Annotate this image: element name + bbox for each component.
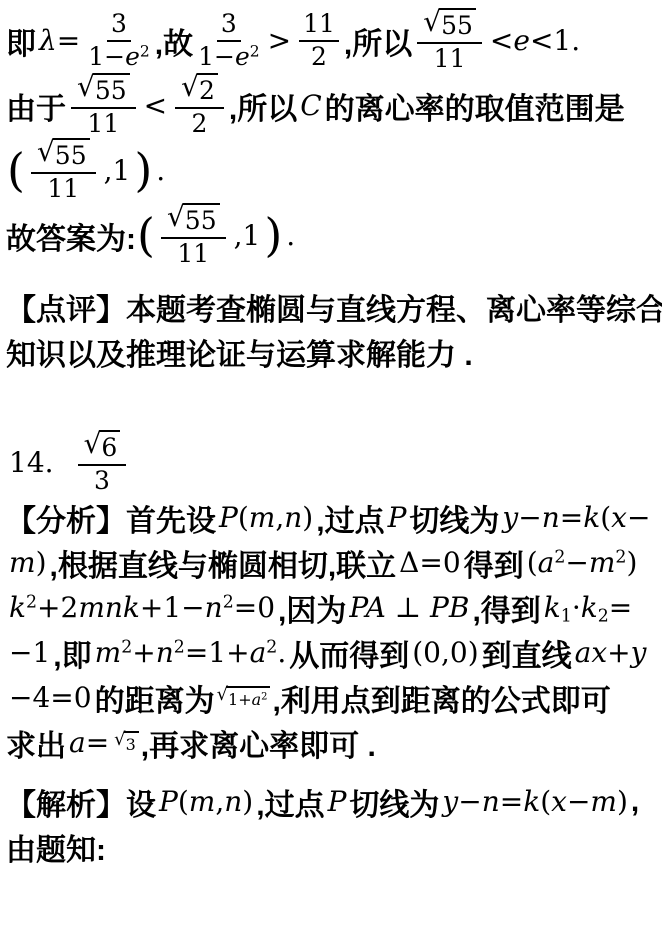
fraction-denominator: 1−e2: [88, 42, 150, 71]
math-variable: e: [125, 42, 140, 71]
math-text: Δ=0: [399, 546, 461, 579]
superscript: 2: [261, 692, 267, 703]
fraction: √5511: [161, 203, 226, 268]
big-parenthesis: ): [134, 151, 152, 190]
chinese-text: 由于: [6, 84, 66, 128]
math-variable: x: [611, 501, 627, 534]
chinese-text: 【解析】设: [6, 780, 156, 824]
math-variable: a: [538, 546, 555, 579]
square-root: √1+a2: [217, 686, 271, 709]
chinese-text: ,: [631, 785, 639, 819]
line-analysis-2: m),根据直线与椭圆相切,联立Δ=0得到(a2−m2): [6, 540, 660, 585]
math-variable: k: [9, 591, 26, 624]
chinese-text: 求出: [6, 721, 66, 765]
line-solution-1: 【解析】设P(m,n),过点P切线为y−n=k(x−m),: [6, 779, 660, 824]
math-variable: m: [9, 546, 36, 579]
math-variable: n: [284, 501, 302, 534]
chinese-text: ,再求离心率即可 .: [141, 721, 376, 765]
math-variable: λ: [39, 24, 57, 57]
radicand: 6: [99, 430, 120, 462]
chinese-text: ,过点: [316, 496, 384, 540]
fraction-denominator: 11: [47, 174, 79, 203]
math-text: (0,0): [412, 636, 478, 669]
fraction-denominator: 2: [311, 42, 327, 71]
math-text: <: [144, 89, 167, 122]
line-eccentricity-range-intro: 由于√5511<√22,所以C的离心率的取值范围是: [6, 73, 660, 138]
math-text: 2: [192, 109, 208, 138]
square-root: √3: [114, 731, 139, 754]
math-text: ax+y: [575, 636, 647, 669]
subscript: 1: [561, 606, 572, 626]
math-variable: k: [523, 785, 540, 818]
fraction-numerator: √55: [71, 73, 136, 109]
fraction: √5511: [417, 8, 482, 73]
math-text: 1−e2: [88, 42, 150, 71]
fraction-numerator: 3: [107, 10, 131, 42]
line-comment-1: 【点评】本题考查椭圆与直线方程、离心率等综合: [6, 284, 660, 329]
line-final-answer: 故答案为:(√5511,1).: [6, 203, 660, 268]
math-text: 3: [94, 466, 110, 495]
math-text: y−n=k(x−m): [442, 785, 627, 818]
superscript: 2: [140, 42, 150, 60]
chinese-text: 得到: [464, 541, 524, 585]
chinese-text: 到直线: [482, 631, 572, 675]
chinese-text: ,故: [155, 19, 193, 63]
math-variable: e: [513, 24, 530, 57]
chinese-text: 的距离为: [95, 676, 215, 720]
radicand: 3: [124, 731, 139, 754]
superscript: 2: [266, 637, 277, 657]
math-text: 6: [101, 434, 117, 462]
chinese-text: 的离心率的取值范围是: [325, 84, 625, 128]
fraction: √22: [175, 73, 224, 138]
fraction-denominator: 11: [177, 239, 209, 268]
fraction: 31−e2: [88, 10, 150, 71]
square-root: √6: [84, 430, 121, 462]
math-text: 3: [111, 10, 127, 38]
math-text: 11: [47, 174, 79, 203]
chinese-text: ,根据直线与椭圆相切,联立: [50, 541, 397, 585]
math-variable: a: [250, 636, 267, 669]
fraction-denominator: 3: [94, 466, 110, 495]
superscript: 2: [223, 592, 234, 612]
math-text: 1+a2: [228, 690, 267, 709]
math-text: 55: [441, 12, 473, 40]
superscript: 2: [554, 547, 565, 567]
fraction-numerator: √2: [175, 73, 224, 109]
math-variable: m: [590, 785, 617, 818]
line-analysis-6: 求出a=√3,再求离心率即可 .: [6, 720, 660, 765]
line-comment-2: 知识以及推理论证与运算求解能力 .: [6, 329, 660, 374]
radicand: 1+a2: [226, 686, 270, 709]
superscript: 2: [250, 42, 260, 60]
fraction: √5511: [31, 138, 96, 203]
chinese-text: 故答案为:: [6, 214, 136, 258]
math-text: 11: [177, 239, 209, 268]
fraction: 31−e2: [198, 10, 260, 71]
square-root: √55: [423, 8, 476, 40]
big-parenthesis: (: [137, 216, 155, 255]
line-analysis-5: −4=0的距离为√1+a2,利用点到距离的公式即可: [6, 675, 660, 720]
math-text: .: [286, 219, 295, 252]
chinese-text: 知识以及推理论证与运算求解能力 .: [6, 330, 473, 374]
square-root: √55: [37, 138, 90, 170]
math-variable: y: [631, 636, 647, 669]
math-text: P(m,n): [219, 501, 313, 534]
radicand: 55: [53, 138, 90, 170]
math-variable: P: [219, 501, 238, 534]
subscript: 2: [598, 606, 609, 626]
chinese-text: ,过点: [256, 780, 324, 824]
fraction-numerator: √55: [417, 8, 482, 44]
square-root: √2: [181, 73, 218, 105]
math-variable: ax: [575, 636, 607, 669]
radicand: 55: [183, 203, 220, 235]
math-variable: k: [544, 591, 561, 624]
math-text: ,1: [234, 219, 261, 252]
math-text: −4=0: [9, 681, 92, 714]
radicand: 2: [197, 73, 218, 105]
math-text: C: [300, 89, 321, 122]
math-variable: P: [328, 785, 347, 818]
chinese-text: ,所以: [344, 19, 412, 63]
math-text: ,1: [104, 154, 131, 187]
math-text: 55: [95, 77, 127, 105]
math-variable: y: [502, 501, 518, 534]
document-page: 即λ=31−e2,故31−e2>112,所以√5511<e<1.由于√5511<…: [0, 0, 662, 869]
math-text: m2+n2=1+a2.: [95, 636, 287, 669]
math-variable: x: [551, 785, 567, 818]
superscript: 2: [615, 547, 626, 567]
math-text: 1−e2: [198, 42, 260, 71]
math-variable: a: [252, 690, 262, 709]
big-parenthesis: ): [264, 216, 282, 255]
math-text: >: [268, 24, 291, 57]
fraction: √5511: [71, 73, 136, 138]
chinese-text: ,因为: [278, 586, 346, 630]
math-variable: k: [581, 591, 598, 624]
superscript: 2: [26, 592, 37, 612]
math-variable: P: [159, 785, 178, 818]
math-text: m): [9, 546, 47, 579]
math-variable: n: [224, 785, 242, 818]
superscript: 2: [121, 637, 132, 657]
square-root: √55: [167, 203, 220, 235]
math-variable: m: [589, 546, 616, 579]
math-variable: y: [442, 785, 458, 818]
math-variable: n: [205, 591, 223, 624]
fraction-denominator: 2: [192, 109, 208, 138]
math-text: PA ⊥ PB: [349, 591, 469, 624]
fraction-numerator: √55: [31, 138, 96, 174]
fraction: 112: [299, 10, 339, 71]
math-text: P: [328, 785, 347, 818]
chinese-text: 【分析】首先设: [6, 496, 216, 540]
math-text: 11: [87, 109, 119, 138]
math-variable: mnk: [78, 591, 140, 624]
math-text: 14.: [9, 446, 54, 479]
line-problem-14-answer: 14.√63: [6, 430, 660, 495]
chinese-text: ,即: [53, 631, 91, 675]
big-parenthesis: (: [7, 151, 25, 190]
math-variable: n: [542, 501, 560, 534]
math-variable: a: [69, 726, 86, 759]
fraction-denominator: 1−e2: [198, 42, 260, 71]
math-text: k1·k2=: [544, 591, 632, 624]
fraction-denominator: 11: [87, 109, 119, 138]
chinese-text: 切线为: [409, 496, 499, 540]
fraction-numerator: 3: [217, 10, 241, 42]
math-text: a=: [69, 726, 109, 759]
line-analysis-1: 【分析】首先设P(m,n),过点P切线为y−n=k(x−: [6, 495, 660, 540]
line-lambda-equation: 即λ=31−e2,故31−e2>112,所以√5511<e<1.: [6, 8, 660, 73]
math-text: 11: [434, 44, 466, 73]
math-variable: n: [156, 636, 174, 669]
math-text: 3: [126, 735, 136, 754]
math-variable: k: [583, 501, 600, 534]
math-variable: P: [388, 501, 407, 534]
chinese-text: 【点评】本题考查椭圆与直线方程、离心率等综合: [6, 285, 662, 329]
math-text: λ=: [39, 24, 80, 57]
math-text: y−n=k(x−: [502, 501, 650, 534]
square-root: √55: [77, 73, 130, 105]
radicand: 55: [439, 8, 476, 40]
line-solution-2: 由题知:: [6, 824, 660, 869]
math-text: .: [156, 154, 165, 187]
chinese-text: 即: [6, 19, 36, 63]
math-text: P(m,n): [159, 785, 253, 818]
math-text: P: [388, 501, 407, 534]
math-text: 11: [303, 10, 335, 38]
math-variable: m: [249, 501, 276, 534]
math-text: 55: [185, 207, 217, 235]
math-variable: C: [300, 89, 321, 122]
fraction-numerator: √55: [161, 203, 226, 239]
math-variable: PB: [430, 591, 469, 624]
fraction-numerator: √6: [78, 430, 127, 466]
line-analysis-4: −1,即m2+n2=1+a2.从而得到(0,0)到直线ax+y: [6, 630, 660, 675]
math-text: 2: [199, 77, 215, 105]
math-variable: e: [235, 42, 250, 71]
fraction-numerator: 11: [299, 10, 339, 42]
math-variable: PA: [349, 591, 386, 624]
math-text: −1: [9, 636, 50, 669]
math-text: k2+2mnk+1−n2=0: [9, 591, 275, 624]
chinese-text: 从而得到: [289, 631, 409, 675]
chinese-text: ,得到: [472, 586, 540, 630]
math-text: (a2−m2): [527, 546, 638, 579]
math-text: <e<1.: [490, 24, 580, 57]
line-range-interval: (√5511,1).: [6, 138, 660, 203]
math-text: 2: [311, 42, 327, 71]
fraction-denominator: 11: [434, 44, 466, 73]
math-text: 55: [55, 142, 87, 170]
line-analysis-3: k2+2mnk+1−n2=0,因为PA ⊥ PB,得到k1·k2=: [6, 585, 660, 630]
math-text: 3: [221, 10, 237, 38]
math-variable: n: [482, 785, 500, 818]
math-variable: m: [95, 636, 122, 669]
fraction: √63: [78, 430, 127, 495]
math-variable: m: [189, 785, 216, 818]
chinese-text: ,利用点到距离的公式即可: [272, 676, 610, 720]
chinese-text: 切线为: [349, 780, 439, 824]
radicand: 55: [93, 73, 130, 105]
superscript: 2: [174, 637, 185, 657]
chinese-text: ,所以: [229, 84, 297, 128]
chinese-text: 由题知:: [6, 825, 106, 869]
